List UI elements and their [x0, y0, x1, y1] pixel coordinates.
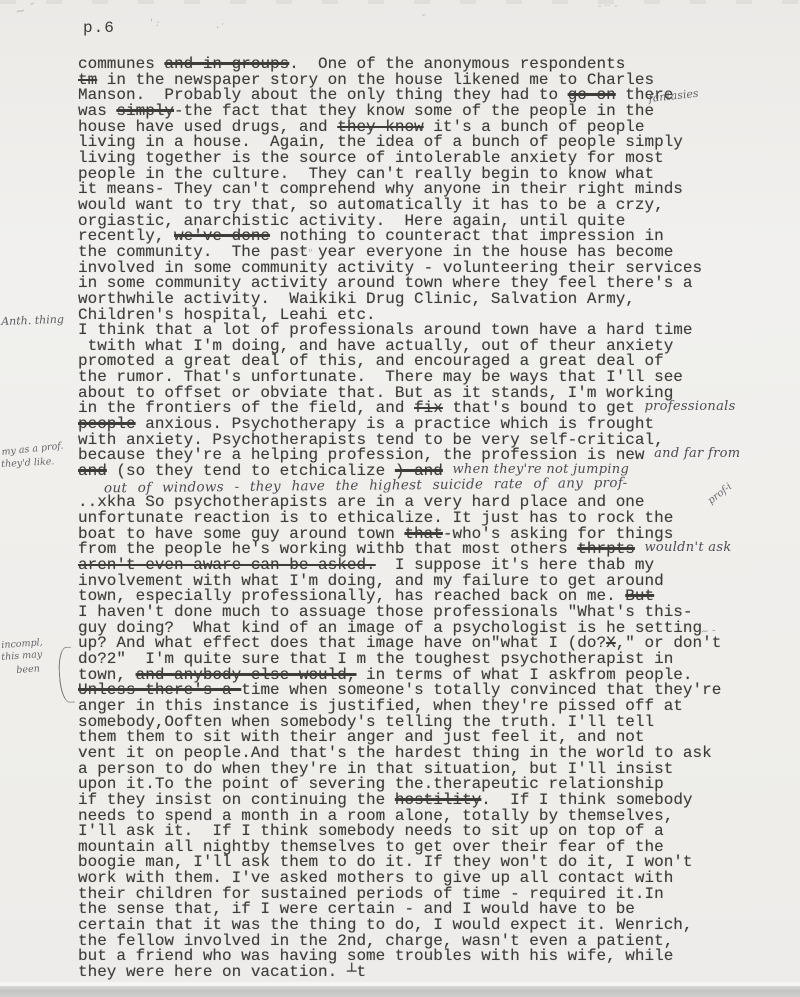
- scanned-page: p.6 communes and in groups. One of the a…: [0, 0, 800, 997]
- pencil-scribble: " ' ": [296, 249, 312, 259]
- struck-text: and: [78, 462, 107, 480]
- handwritten-annotation: my as a prof.: [1, 440, 64, 457]
- pencil-scribble: ~ -: [700, 625, 716, 638]
- pencil-scribble: ·˙: [216, 23, 224, 34]
- scan-grime-top: [0, 0, 800, 4]
- handwritten-note: wouldn't ask: [645, 540, 732, 555]
- pencil-scribble: ~ ˘: [14, 1, 36, 19]
- handwritten-annotation: this may: [1, 649, 43, 663]
- margin-brace-doodle: [57, 647, 75, 704]
- scan-bottom-edge: [0, 986, 800, 997]
- handwritten-annotation: been: [16, 663, 40, 676]
- typed-text: they were here on vacation. ┴t: [78, 963, 366, 981]
- page-number: p.6: [83, 19, 115, 37]
- pencil-scribble: ˇ: [420, 13, 426, 26]
- handwritten-annotation: Anth. thing: [1, 313, 64, 328]
- typed-text-block: communes and in groups. One of the anony…: [78, 57, 778, 981]
- handwritten-note: and far from: [654, 446, 740, 461]
- pencil-scribble: ' :: [150, 18, 159, 29]
- handwritten-annotation: they'd like.: [1, 456, 55, 470]
- pencil-scribble: - ·· -: [598, 1, 617, 12]
- typed-line: they were here on vacation. ┴t: [78, 965, 778, 981]
- handwritten-note: professionals: [645, 399, 736, 414]
